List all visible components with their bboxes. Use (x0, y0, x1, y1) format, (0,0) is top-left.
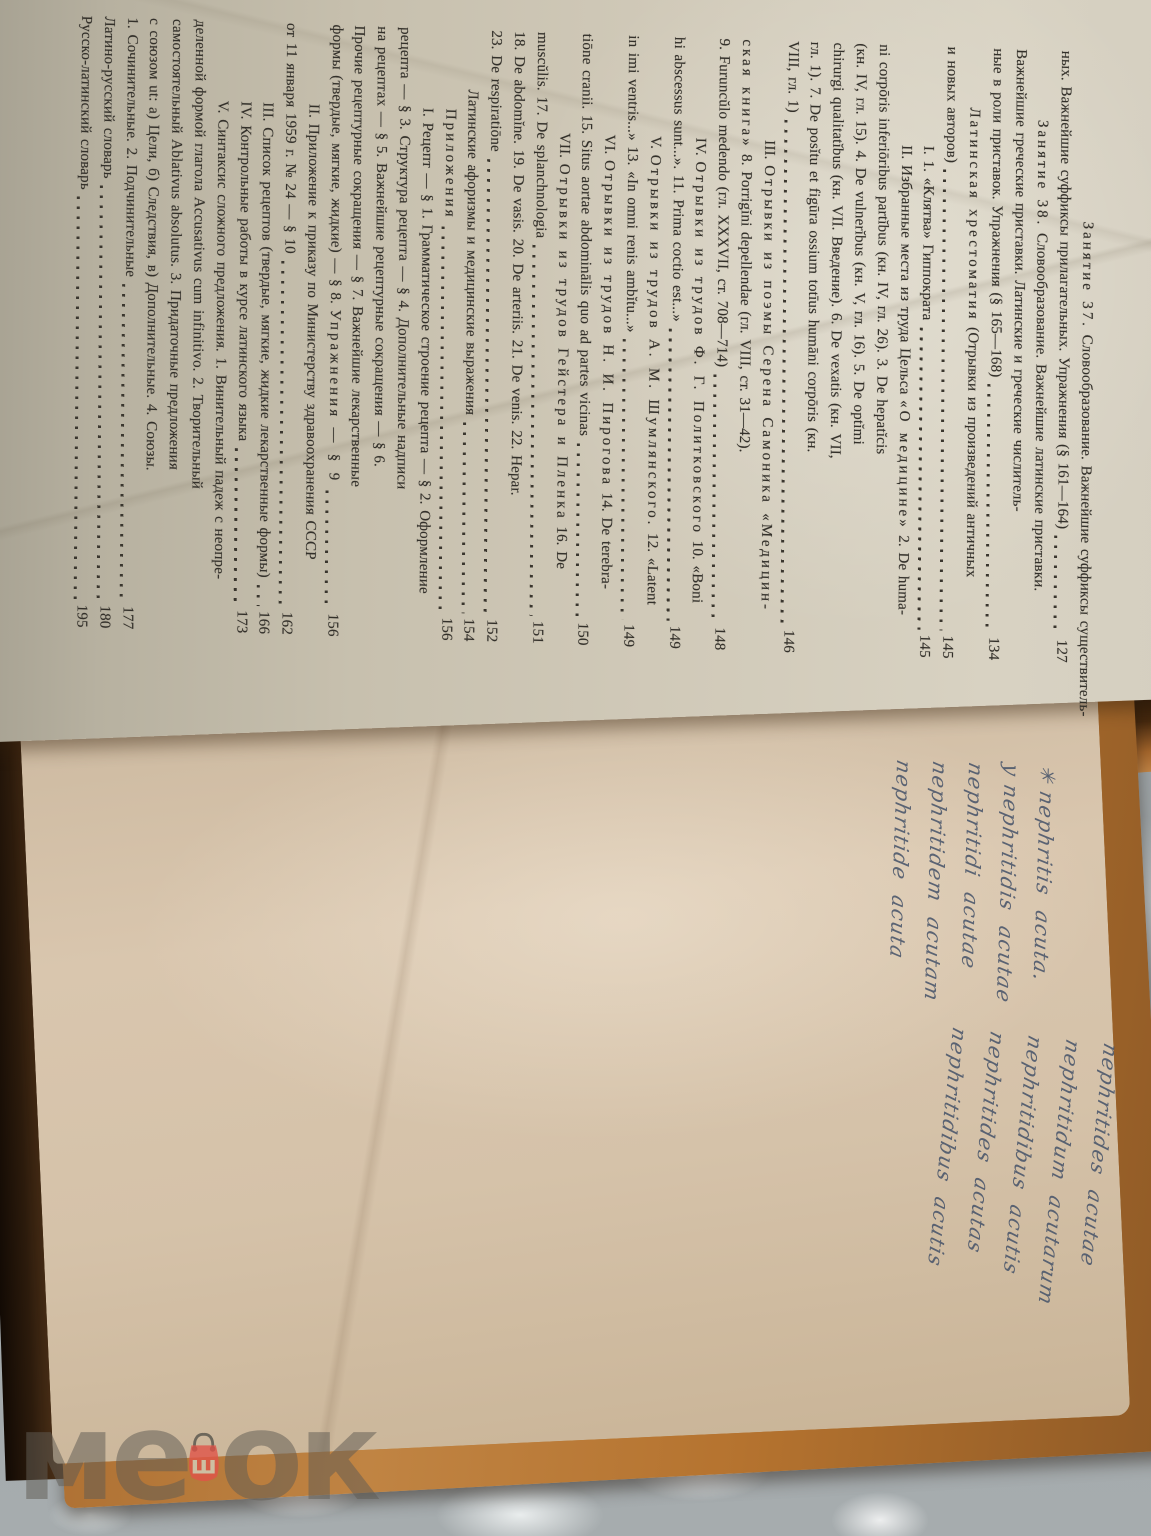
dotted-leader (530, 245, 536, 616)
toc-line-text: III. Список рецептов (твердые, мягкие, ж… (252, 102, 279, 578)
toc-line-text: in imi ventris...» 13. «In omni renis am… (619, 35, 644, 333)
toc-line-text: I. Рецепт — § 1. Грамматическое строение… (412, 108, 439, 595)
toc-line: (кн. IV, гл. 15). 4. De vulnerĭbus (кн. … (844, 43, 872, 656)
toc-page-number: 180 (92, 605, 115, 629)
toc-line-text: Отрывки из поэмы Серена Самоника «Медици… (754, 165, 780, 613)
toc-line-text: ные в роли приставок. Упражнения (§ 165—… (983, 48, 1008, 378)
toc-line-text: (кн. IV, гл. 15). 4. De vulnerĭbus (кн. … (846, 43, 872, 445)
toc-line-text: 8. Porrigĭni depellendae (гл. VIII, ст. … (732, 148, 757, 453)
toc-line-text: VIII, гл. 1) (780, 41, 803, 114)
toc-line: 23. De respiratiōne152 (480, 30, 508, 643)
toc-line-text: Важнейшие греческие приставки. Латинские… (1005, 49, 1031, 513)
toc-line: на рецептах — § 5. Важнейшие рецептурные… (366, 26, 394, 639)
toc-page-number: 149 (617, 624, 640, 648)
toc-page-number: 162 (275, 612, 298, 636)
toc-line-text: 9. Furuncŭlo medendo (гл. XXXVII, ст. 70… (710, 38, 735, 368)
toc-line: II. Избранные места из труда Цельса «О м… (890, 145, 917, 658)
toc-line-text: IV. Контрольные работы в курсе латинског… (231, 101, 256, 442)
toc-line: 1. Сочинительные. 2. Подчинительные177 (115, 17, 143, 630)
toc-line: V. Синтаксис сложного предложения. 1. Ви… (206, 100, 233, 633)
toc-line: гл. 1). 7. De posĭtu et figūra ossium to… (799, 41, 827, 654)
toc-page-number: 154 (457, 618, 480, 642)
dotted-leader (575, 443, 579, 617)
dotted-leader (461, 422, 466, 613)
toc-line-text: Отрывки из трудов Гейстера и Пленка (549, 163, 575, 521)
dotted-leader (97, 186, 103, 601)
toc-page-number: 152 (480, 619, 503, 643)
toc-line-text: ская книга» (734, 39, 758, 149)
toc-line-text: гл. 1). 7. De posĭtu et figūra ossium to… (800, 41, 826, 453)
watermark-text-me: ме (16, 1387, 188, 1527)
toc-line-text: формы (твердые, мягкие, жидкие) — § 8. (323, 24, 348, 310)
toc-line-text: V. (643, 136, 666, 155)
toc-page-number: 150 (571, 622, 594, 646)
toc-line-text: Словообразование. Важнейшие суффиксы сущ… (1072, 329, 1098, 718)
toc-line-text: Русско-латинский словарь (73, 15, 97, 190)
dotted-leader (119, 284, 124, 601)
toc-line: Прочие рецептурные сокращения — § 7. Важ… (343, 25, 371, 638)
toc-line-text: Отрывки из трудов А. М. Шумлянского. (640, 154, 666, 528)
toc-line: I. Рецепт — § 1. Грамматическое строение… (411, 108, 438, 641)
toc-line: Латино-русский словарь180 (92, 16, 120, 629)
toc-line-text: 1. Сочинительные. 2. Подчинительные (118, 17, 143, 278)
toc-line-text: на рецептах — § 5. Важнейшие рецептурные… (367, 26, 393, 468)
toc-line: самостоятельный Ablativus absolutus. 3. … (161, 19, 189, 632)
toc-page-number: 127 (1050, 639, 1073, 663)
toc-line: Русско-латинский словарь195 (70, 15, 98, 628)
toc-line-text: Отрывки из трудов Н. И. Пирогова (595, 160, 620, 488)
toc-line-text: 2. De huma- (890, 529, 913, 615)
dotted-leader (1054, 536, 1058, 635)
toc-line-text: «О медицине» (891, 400, 915, 530)
toc-line-text: Занятие 37. (1075, 221, 1099, 329)
toc-line: формы (твердые, мягкие, жидкие) — § 8. У… (320, 24, 348, 637)
dotted-leader (712, 374, 717, 622)
dotted-leader (666, 329, 671, 621)
toc-line-text: Латинская хрестоматия (961, 107, 985, 322)
toc-line-text: от 11 января 1959 г. № 24 — § 10 (278, 23, 303, 255)
toc-line-text: (Отрывки из произведений античных (959, 321, 984, 578)
toc-line-text: II. Избранные места из труда Цельса (892, 145, 917, 401)
toc-line: 18. De abdomĭne. 19. De vasis. 20. De ar… (503, 31, 531, 644)
toc-line-text: I. 1. «Клятва» Гиппократа (916, 145, 940, 320)
toc-page-number: 149 (662, 625, 685, 649)
dotted-leader (484, 159, 491, 614)
dotted-leader (780, 120, 787, 625)
toc-line-text: и новых авторов) (940, 46, 964, 163)
toc-line-text: III. (757, 140, 780, 166)
toc-line-text: VI. (598, 134, 621, 161)
toc-line-text: деленной формой глагола Accusativus cum … (185, 19, 211, 489)
toc-page-number: 156 (320, 613, 343, 637)
toc-line-text: IV. (689, 137, 712, 162)
toc-line-text: Приложения (438, 108, 462, 220)
toc-page-number: 156 (434, 617, 457, 641)
toc-line: Занятие 38. Словообразование. Важнейшие … (1027, 120, 1054, 663)
watermark-bag-letter: ш (191, 1450, 217, 1479)
toc-page-number: 195 (70, 604, 93, 628)
toc-page-number: 151 (525, 620, 548, 644)
toc-line: VIII, гл. 1)146 (776, 41, 804, 654)
handwritten-declension-singular: ✳ nephritis acuta.у nephritidis acutaene… (876, 760, 1066, 1066)
toc-page-number: 146 (776, 629, 799, 653)
toc-line-text: muscŭlis. 17. De splanchnologia (529, 32, 553, 239)
toc-line: с союзом ut: а) Цели, б) Следствия, в) Д… (138, 18, 166, 631)
toc-line: IV. Отрывки из трудов Ф. Г. Политковског… (685, 137, 712, 650)
toc-line: VI. Отрывки из трудов Н. И. Пирогова 14.… (594, 134, 621, 647)
toc-page-number: 145 (913, 634, 936, 658)
toc-line: Приложения156 (434, 108, 461, 641)
photo-background-surface: ✳ nephritis acuta.у nephritidis acutaene… (0, 0, 1151, 1536)
toc-line-text: 14. De terebra- (594, 487, 618, 590)
toc-line-text: hi abscessus sunt...». 11. Prima coctio … (665, 36, 690, 322)
toc-page-number: 173 (229, 610, 252, 634)
toc-line: ные в роли приставок. Упражнения (§ 165—… (981, 48, 1009, 661)
toc-line-text: V. Синтаксис сложного предложения. 1. Ви… (207, 100, 234, 580)
toc-page-number: 134 (981, 637, 1004, 661)
dotted-leader (256, 585, 259, 606)
toc-line: VII. Отрывки из трудов Гейстера и Пленка… (548, 132, 575, 645)
toc-line-text: Латинские афоризмы и медицинские выражен… (459, 89, 484, 415)
toc-line-text: Словообразование. Важнейшие латинские пр… (1027, 227, 1053, 592)
toc-line-text: 18. De abdomĭne. 19. De vasis. 20. De ar… (504, 31, 530, 496)
toc-page-number: 166 (252, 611, 275, 635)
toc-line-text: Латино-русский словарь (96, 16, 120, 179)
toc-line-text: с союзом ut: а) Цели, б) Следствия, в) Д… (139, 18, 165, 472)
toc-line: 9. Furuncŭlo medendo (гл. XXXVII, ст. 70… (708, 38, 736, 651)
dotted-leader (985, 384, 990, 632)
dotted-leader (325, 490, 329, 608)
toc-line-text: chirurgi qualitatĭbus (кн. VII. Введение… (823, 42, 849, 459)
toc-line: I. 1. «Клятва» Гиппократа145 (913, 145, 940, 658)
toc-line: Занятие 37. Словообразование. Важнейшие … (1072, 221, 1098, 664)
toc-line-text: 23. De respiratiōne (484, 30, 508, 152)
toc-line: chirurgi qualitatĭbus (кн. VII. Введение… (822, 42, 850, 655)
toc-line: Латинские афоризмы и медицинские выражен… (457, 89, 484, 642)
toc-line-text: II. Приложение к приказу по Министерству… (298, 103, 324, 560)
dotted-leader (74, 197, 80, 600)
toc-line-text: tiōne cranii. 15. Situs aortae abdomināl… (573, 33, 599, 436)
dotted-leader (940, 170, 947, 631)
toc-line: Латинская хрестоматия (Отрывки из произв… (958, 107, 985, 660)
dotted-leader (621, 339, 626, 619)
toc-line-text: рецепта — § 3. Структура рецепта — § 4. … (390, 27, 416, 490)
toc-line: V. Отрывки из трудов А. М. Шумлянского. … (639, 136, 666, 649)
toc-line-text: VII. (552, 132, 575, 164)
watermark-text-ok: ок (219, 1387, 376, 1527)
dotted-leader (917, 327, 922, 629)
toc-line-text: Прочие рецептурные сокращения — § 7. Важ… (344, 25, 370, 487)
dotted-leader (279, 261, 285, 607)
toc-page-number: 148 (708, 627, 731, 651)
toc-text-block: Занятие 37. Словообразование. Важнейшие … (70, 15, 1100, 664)
toc-line: III. Отрывки из поэмы Серена Самоника «М… (753, 140, 780, 653)
toc-line-text: самостоятельный Ablativus absolutus. 3. … (162, 19, 188, 471)
toc-line-text: ni corpōris inferiōribus partĭbus (кн. I… (869, 44, 895, 455)
toc-line-text: 12. «Latent (640, 527, 663, 605)
toc-line-text: Занятие 38. (1030, 120, 1054, 228)
dotted-leader (233, 448, 237, 605)
toc-page-number: 145 (936, 635, 959, 659)
toc-line-text: ных. Важнейшие суффиксы прилагательных. … (1051, 50, 1078, 529)
toc-line-text: 16. De (549, 520, 572, 569)
toc-line: II. Приложение к приказу по Министерству… (298, 103, 325, 636)
toc-line-text: Отрывки из трудов Ф. Г. Политковского (686, 161, 712, 535)
toc-line: III. Список рецептов (твердые, мягкие, ж… (252, 102, 279, 635)
watermark: ме ш ок (16, 1382, 376, 1532)
toc-line-text: Упражнения — § 9 (321, 309, 345, 483)
watermark-bag-icon: ш (184, 1382, 223, 1532)
toc-line-text: 10. «Boni (685, 535, 708, 604)
dotted-leader (438, 226, 444, 612)
toc-page-number: 177 (115, 606, 138, 630)
